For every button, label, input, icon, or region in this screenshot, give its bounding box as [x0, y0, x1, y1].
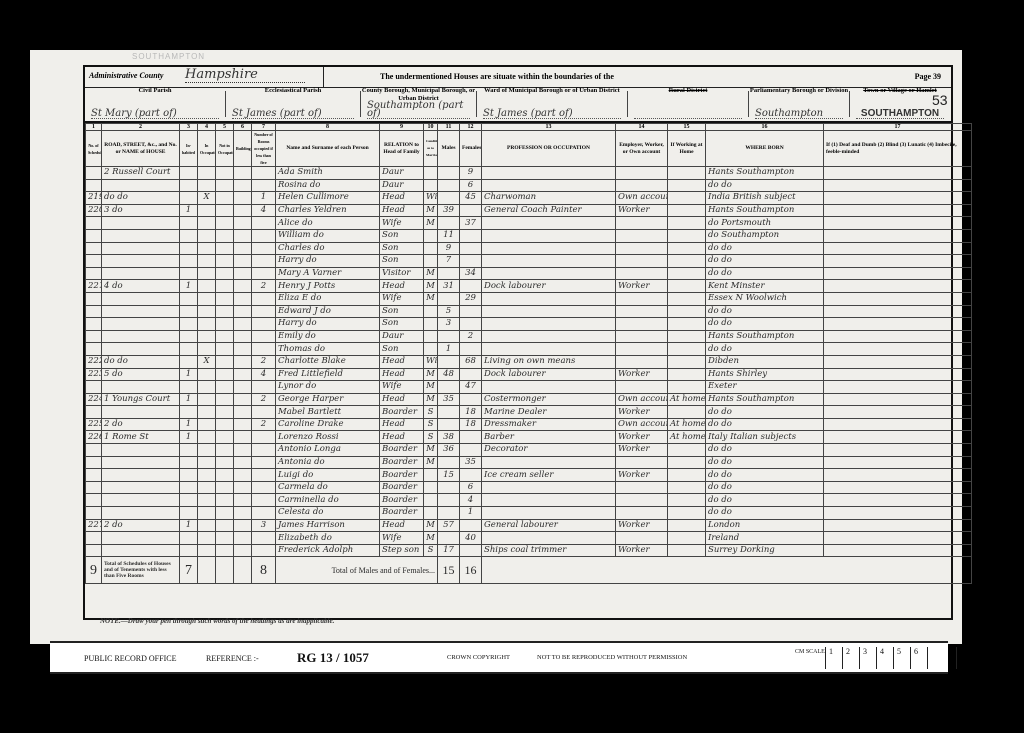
- page-number-stamp: 53: [932, 92, 948, 108]
- cell-unin2: [216, 343, 234, 356]
- cell-bld: [234, 167, 252, 180]
- cell-rel: Boarder: [380, 469, 424, 482]
- cell-inh: [180, 532, 198, 545]
- cell-cond: M: [424, 444, 438, 457]
- cell-name: Eliza E do: [276, 292, 380, 305]
- cell-m: [438, 481, 460, 494]
- table-row: 2214 do12Henry J PottsHeadM31Dock labour…: [86, 280, 972, 293]
- cell-bld: [234, 381, 252, 394]
- cell-sched: 226: [86, 431, 102, 444]
- cell-born: Hants Southampton: [706, 393, 824, 406]
- cell-inh: [180, 494, 198, 507]
- cell-inh: [180, 406, 198, 419]
- total-females: 16: [460, 557, 482, 584]
- archive-footer: PUBLIC RECORD OFFICE REFERENCE :- RG 13 …: [50, 641, 948, 674]
- eccl-parish-value: St James (part of): [232, 110, 354, 119]
- cell-sched: [86, 318, 102, 331]
- cell-f: [460, 393, 482, 406]
- cell-sched: [86, 343, 102, 356]
- cell-emp: Worker: [616, 204, 668, 217]
- cell-rel: Boarder: [380, 507, 424, 520]
- scale-label: CM SCALE: [795, 647, 825, 669]
- cell-bld: [234, 179, 252, 192]
- cell-road: [102, 507, 180, 520]
- total-mf-label: Total of Males and of Females...: [276, 557, 438, 584]
- cell-unin: [198, 456, 216, 469]
- cell-emp: [616, 494, 668, 507]
- cell-bld: [234, 444, 252, 457]
- cell-home: [668, 255, 706, 268]
- cell-inf: [824, 393, 972, 406]
- cell-name: Helen Cullimore: [276, 192, 380, 205]
- cell-unin: [198, 217, 216, 230]
- cell-inh: [180, 267, 198, 280]
- copyright-label: CROWN COPYRIGHT: [447, 654, 510, 661]
- cell-cond: [424, 167, 438, 180]
- cell-occ: [482, 255, 616, 268]
- cell-inf: [824, 444, 972, 457]
- cell-name: Carmela do: [276, 481, 380, 494]
- cell-inh: [180, 343, 198, 356]
- cell-f: [460, 305, 482, 318]
- cell-inh: [180, 179, 198, 192]
- table-row: Elizabeth doWifeM40Ireland: [86, 532, 972, 545]
- cell-m: 5: [438, 305, 460, 318]
- cell-cond: S: [424, 544, 438, 557]
- cell-occ: [482, 242, 616, 255]
- cell-bld: [234, 481, 252, 494]
- cell-sched: 223: [86, 368, 102, 381]
- cell-inf: [824, 431, 972, 444]
- cell-sched: [86, 444, 102, 457]
- col-employer: Employer, Worker, or Own account: [616, 131, 668, 167]
- civil-parish-label: Civil Parish: [85, 87, 225, 95]
- cell-sched: [86, 217, 102, 230]
- cell-inf: [824, 494, 972, 507]
- cell-rel: Son: [380, 229, 424, 242]
- cell-inf: [824, 507, 972, 520]
- cell-road: [102, 444, 180, 457]
- cell-name: George Harper: [276, 393, 380, 406]
- cell-rooms: [252, 318, 276, 331]
- cell-inf: [824, 280, 972, 293]
- cell-occ: Marine Dealer: [482, 406, 616, 419]
- cell-born: do do: [706, 318, 824, 331]
- cell-m: 57: [438, 519, 460, 532]
- cell-emp: Own account: [616, 192, 668, 205]
- scale-4: 4: [876, 647, 893, 669]
- cell-cond: [424, 318, 438, 331]
- cell-m: [438, 179, 460, 192]
- cell-inf: [824, 456, 972, 469]
- ecclesiastical-parish: Ecclesiastical Parish St James (part of): [226, 87, 360, 121]
- cell-rel: Son: [380, 305, 424, 318]
- cell-born: do do: [706, 343, 824, 356]
- cell-cond: S: [424, 431, 438, 444]
- cell-born: Dibden: [706, 355, 824, 368]
- cell-bld: [234, 368, 252, 381]
- cell-unin2: [216, 507, 234, 520]
- cell-inh: [180, 544, 198, 557]
- cell-occ: [482, 532, 616, 545]
- cell-inh: 1: [180, 418, 198, 431]
- cell-f: [460, 431, 482, 444]
- cell-inh: [180, 456, 198, 469]
- cell-occ: Ice cream seller: [482, 469, 616, 482]
- col-rooms: Number of Rooms occupied if less than fi…: [252, 131, 276, 167]
- cell-road: [102, 481, 180, 494]
- cell-unin2: [216, 469, 234, 482]
- cell-unin: [198, 393, 216, 406]
- cell-occ: [482, 381, 616, 394]
- cell-home: [668, 444, 706, 457]
- cell-unin: [198, 229, 216, 242]
- civil-parish-value: St Mary (part of): [91, 110, 219, 119]
- table-row: Antonio LongaBoarderM36DecoratorWorkerdo…: [86, 444, 972, 457]
- cell-m: [438, 217, 460, 230]
- cell-unin2: [216, 255, 234, 268]
- cell-name: Antonia do: [276, 456, 380, 469]
- cell-unin: [198, 544, 216, 557]
- cell-inh: [180, 507, 198, 520]
- scale-1: 1: [825, 647, 842, 669]
- cell-unin: [198, 431, 216, 444]
- cell-road: 2 Russell Court: [102, 167, 180, 180]
- cell-occ: [482, 229, 616, 242]
- cell-unin2: [216, 167, 234, 180]
- cell-unin2: [216, 532, 234, 545]
- cell-home: [668, 456, 706, 469]
- cell-emp: [616, 179, 668, 192]
- cell-occ: [482, 167, 616, 180]
- civil-parish: Civil Parish St Mary (part of): [85, 87, 225, 121]
- col-at-home: If Working at Home: [668, 131, 706, 167]
- cell-home: [668, 532, 706, 545]
- cell-emp: [616, 355, 668, 368]
- cell-rooms: 4: [252, 368, 276, 381]
- cell-inh: 1: [180, 393, 198, 406]
- cell-unin2: [216, 217, 234, 230]
- cell-m: [438, 192, 460, 205]
- table-row: 2252 do12Caroline DrakeHeadS18Dressmaker…: [86, 418, 972, 431]
- cell-name: James Harrison: [276, 519, 380, 532]
- cell-f: 6: [460, 179, 482, 192]
- cell-sched: 224: [86, 393, 102, 406]
- table-row: Thomas doSon1do do: [86, 343, 972, 356]
- cell-name: Emily do: [276, 330, 380, 343]
- cell-unin: [198, 330, 216, 343]
- cell-m: [438, 355, 460, 368]
- cell-born: do Southampton: [706, 229, 824, 242]
- cell-born: do do: [706, 179, 824, 192]
- cell-inf: [824, 355, 972, 368]
- cell-f: [460, 318, 482, 331]
- totals-label: Total of Schedules of Houses and of Tene…: [102, 557, 180, 584]
- cell-rooms: [252, 444, 276, 457]
- cell-unin2: [216, 305, 234, 318]
- cell-occ: [482, 456, 616, 469]
- cell-unin2: [216, 204, 234, 217]
- cell-unin2: [216, 431, 234, 444]
- cell-m: [438, 532, 460, 545]
- undermentioned-text: The undermentioned Houses are situate wi…: [380, 72, 614, 81]
- cell-born: Kent Minster: [706, 280, 824, 293]
- cell-cond: M: [424, 267, 438, 280]
- cell-home: At home: [668, 393, 706, 406]
- cell-inh: 1: [180, 519, 198, 532]
- cell-name: Lynor do: [276, 381, 380, 394]
- cell-cond: Wid: [424, 355, 438, 368]
- cell-unin: [198, 481, 216, 494]
- col-building: Building: [234, 131, 252, 167]
- cell-road: 2 do: [102, 418, 180, 431]
- cell-home: [668, 481, 706, 494]
- cell-inf: [824, 318, 972, 331]
- cell-m: 38: [438, 431, 460, 444]
- cell-emp: Worker: [616, 544, 668, 557]
- cell-rel: Head: [380, 519, 424, 532]
- cell-unin: [198, 204, 216, 217]
- column-number: 12: [460, 124, 482, 131]
- cell-rel: Boarder: [380, 406, 424, 419]
- col-occupation: PROFESSION OR OCCUPATION: [482, 131, 616, 167]
- cell-unin: [198, 318, 216, 331]
- cell-born: Hants Southampton: [706, 204, 824, 217]
- cell-road: 1 Rome St: [102, 431, 180, 444]
- cell-bld: [234, 292, 252, 305]
- cell-name: Mabel Bartlett: [276, 406, 380, 419]
- cell-f: [460, 368, 482, 381]
- cell-m: 17: [438, 544, 460, 557]
- cell-bld: [234, 418, 252, 431]
- cell-unin2: [216, 229, 234, 242]
- cell-inh: [180, 318, 198, 331]
- cell-home: [668, 381, 706, 394]
- cell-m: 15: [438, 469, 460, 482]
- parl-borough-label: Parliamentary Borough or Division: [749, 87, 849, 95]
- cell-name: William do: [276, 229, 380, 242]
- cell-rooms: [252, 494, 276, 507]
- cell-name: Mary A Varner: [276, 267, 380, 280]
- cell-rel: Head: [380, 393, 424, 406]
- cell-unin: [198, 343, 216, 356]
- cell-f: 37: [460, 217, 482, 230]
- cell-occ: General labourer: [482, 519, 616, 532]
- cell-emp: Worker: [616, 444, 668, 457]
- cell-sched: [86, 242, 102, 255]
- cell-unin2: [216, 355, 234, 368]
- cell-f: [460, 544, 482, 557]
- cell-occ: Dock labourer: [482, 368, 616, 381]
- cell-m: 36: [438, 444, 460, 457]
- cell-m: 35: [438, 393, 460, 406]
- cell-sched: [86, 544, 102, 557]
- cell-inh: [180, 469, 198, 482]
- cell-cond: [424, 242, 438, 255]
- cell-sched: [86, 456, 102, 469]
- cell-occ: Costermonger: [482, 393, 616, 406]
- cell-emp: [616, 217, 668, 230]
- cell-rooms: [252, 381, 276, 394]
- cell-cond: M: [424, 381, 438, 394]
- cell-unin2: [216, 418, 234, 431]
- cell-cond: [424, 507, 438, 520]
- cell-occ: Dressmaker: [482, 418, 616, 431]
- cell-rel: Head: [380, 204, 424, 217]
- cell-rooms: 4: [252, 204, 276, 217]
- cell-road: 4 do: [102, 280, 180, 293]
- table-row: Carminella doBoarder4do do: [86, 494, 972, 507]
- cell-name: Charles Yeldren: [276, 204, 380, 217]
- cell-born: Exeter: [706, 381, 824, 394]
- header-row-2: Civil Parish St Mary (part of) Ecclesias…: [85, 87, 951, 123]
- cell-emp: [616, 381, 668, 394]
- cell-born: Ireland: [706, 532, 824, 545]
- cell-inh: 1: [180, 280, 198, 293]
- cell-inh: [180, 305, 198, 318]
- cell-inf: [824, 368, 972, 381]
- town-value: SOUTHAMPTON: [856, 110, 944, 119]
- cell-m: [438, 418, 460, 431]
- cell-cond: [424, 179, 438, 192]
- cell-road: [102, 229, 180, 242]
- cell-rooms: [252, 507, 276, 520]
- table-row: 2 Russell CourtAda SmithDaur9Hants South…: [86, 167, 972, 180]
- cell-unin2: [216, 267, 234, 280]
- cell-rooms: 1: [252, 192, 276, 205]
- cell-rooms: 2: [252, 355, 276, 368]
- cell-sched: 222: [86, 355, 102, 368]
- cell-sched: 221: [86, 280, 102, 293]
- cell-inh: [180, 444, 198, 457]
- cell-cond: M: [424, 204, 438, 217]
- cell-rooms: 2: [252, 418, 276, 431]
- cell-rooms: 3: [252, 519, 276, 532]
- cell-name: Henry J Potts: [276, 280, 380, 293]
- cell-home: [668, 242, 706, 255]
- cell-rel: Son: [380, 255, 424, 268]
- cell-m: 39: [438, 204, 460, 217]
- cell-unin2: [216, 179, 234, 192]
- cell-sched: [86, 179, 102, 192]
- cell-home: [668, 167, 706, 180]
- cell-cond: [424, 469, 438, 482]
- cell-emp: Own account: [616, 418, 668, 431]
- cell-emp: [616, 305, 668, 318]
- cell-bld: [234, 532, 252, 545]
- cell-inf: [824, 242, 972, 255]
- cell-f: 29: [460, 292, 482, 305]
- cell-bld: [234, 343, 252, 356]
- cell-f: 9: [460, 167, 482, 180]
- cell-f: [460, 280, 482, 293]
- cell-bld: [234, 305, 252, 318]
- cell-bld: [234, 393, 252, 406]
- cell-inf: [824, 519, 972, 532]
- cell-rooms: [252, 532, 276, 545]
- cell-occ: [482, 179, 616, 192]
- cell-rooms: [252, 343, 276, 356]
- cell-occ: [482, 343, 616, 356]
- cell-inh: [180, 381, 198, 394]
- col-where-born: WHERE BORN: [706, 131, 824, 167]
- cell-rooms: [252, 456, 276, 469]
- cell-unin2: [216, 544, 234, 557]
- cell-occ: [482, 267, 616, 280]
- cell-name: Ada Smith: [276, 167, 380, 180]
- cell-road: [102, 381, 180, 394]
- cell-inf: [824, 179, 972, 192]
- cell-bld: [234, 355, 252, 368]
- cell-m: 31: [438, 280, 460, 293]
- cell-rooms: [252, 431, 276, 444]
- cell-f: [460, 519, 482, 532]
- cell-unin: [198, 381, 216, 394]
- cell-m: [438, 494, 460, 507]
- cell-emp: [616, 242, 668, 255]
- cell-rooms: [252, 481, 276, 494]
- cell-road: [102, 494, 180, 507]
- column-numbers-row: 1234567891011121314151617: [86, 124, 972, 131]
- cell-home: [668, 368, 706, 381]
- cell-rooms: [252, 267, 276, 280]
- cell-rooms: [252, 179, 276, 192]
- column-number: 7: [252, 124, 276, 131]
- cell-name: Celesta do: [276, 507, 380, 520]
- cell-inf: [824, 229, 972, 242]
- cell-home: [668, 519, 706, 532]
- cell-occ: Dock labourer: [482, 280, 616, 293]
- cell-road: [102, 456, 180, 469]
- column-number: 11: [438, 124, 460, 131]
- eccl-parish-label: Ecclesiastical Parish: [226, 87, 360, 95]
- cell-emp: Worker: [616, 469, 668, 482]
- cell-unin: [198, 292, 216, 305]
- table-row: Edward J doSon5do do: [86, 305, 972, 318]
- cell-unin: [198, 368, 216, 381]
- cell-unin: [198, 255, 216, 268]
- table-row: Harry doSon7do do: [86, 255, 972, 268]
- cell-emp: [616, 507, 668, 520]
- cell-rooms: [252, 406, 276, 419]
- cell-name: Harry do: [276, 255, 380, 268]
- cell-rooms: [252, 330, 276, 343]
- cell-inf: [824, 330, 972, 343]
- cell-unin2: [216, 519, 234, 532]
- scale-2: 2: [842, 647, 859, 669]
- cell-rel: Step son: [380, 544, 424, 557]
- cell-f: 35: [460, 456, 482, 469]
- cell-born: India British subject: [706, 192, 824, 205]
- cell-f: 6: [460, 481, 482, 494]
- column-number: 17: [824, 124, 972, 131]
- cell-born: do do: [706, 481, 824, 494]
- cell-m: [438, 456, 460, 469]
- col-females: Females: [460, 131, 482, 167]
- cell-bld: [234, 507, 252, 520]
- table-row: Charles doSon9do do: [86, 242, 972, 255]
- cell-home: [668, 280, 706, 293]
- cell-born: do do: [706, 305, 824, 318]
- cell-rel: Son: [380, 343, 424, 356]
- cell-cond: S: [424, 406, 438, 419]
- cell-rooms: [252, 229, 276, 242]
- table-row: Rosina doDaur6do do: [86, 179, 972, 192]
- cell-bld: [234, 318, 252, 331]
- cell-inh: [180, 192, 198, 205]
- cell-home: At home: [668, 431, 706, 444]
- cell-rel: Son: [380, 242, 424, 255]
